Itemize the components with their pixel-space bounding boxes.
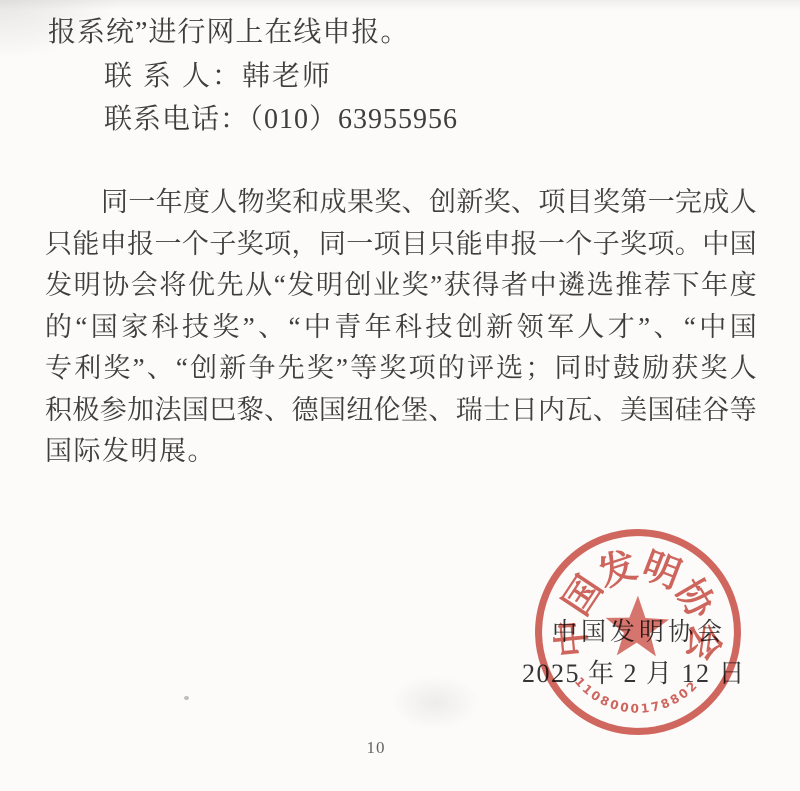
intro-line: 报系统”进行网上在线申报。 xyxy=(48,10,409,50)
paragraph-line: 专利奖”、“创新争先奖”等奖项的评选；同时鼓励获奖人 xyxy=(45,348,757,390)
paragraph-line: 同一年度人物奖和成果奖、创新奖、项目奖第一完成人 xyxy=(45,182,757,224)
paragraph-line: 积极参加法国巴黎、德国纽伦堡、瑞士日内瓦、美国硅谷等 xyxy=(45,390,757,432)
paragraph-line: 国际发明展。 xyxy=(45,431,757,473)
seal-arc-char: 会 xyxy=(679,620,726,663)
official-seal: 中 国 发 明 协 会 1108000178802 xyxy=(529,523,746,740)
paragraph-line: 的“国家科技奖”、“中青年科技创新领军人才”、“中国 xyxy=(45,307,757,349)
page-number: 10 xyxy=(356,738,396,758)
seal-star-icon xyxy=(605,595,670,657)
seal-serial-number: 1108000178802 xyxy=(571,674,701,717)
paragraph-line: 只能申报一个子奖项，同一项目只能申报一个子奖项。中国 xyxy=(45,224,757,266)
contact-person-line: 联 系 人：韩老师 xyxy=(104,54,332,94)
paragraph-line: 发明协会将优先从“发明创业奖”获得者中遴选推荐下年度 xyxy=(45,265,757,307)
contact-phone-line: 联系电话：（010）63955956 xyxy=(104,97,458,137)
scan-shading-top xyxy=(0,0,800,10)
scan-smudge xyxy=(390,675,480,730)
seal-arc-char: 中 xyxy=(550,618,595,659)
document-page: 报系统”进行网上在线申报。 联 系 人：韩老师 联系电话：（010）639559… xyxy=(0,0,800,791)
scan-speck xyxy=(184,696,189,700)
body-paragraph: 同一年度人物奖和成果奖、创新奖、项目奖第一完成人 只能申报一个子奖项，同一项目只… xyxy=(45,182,757,473)
